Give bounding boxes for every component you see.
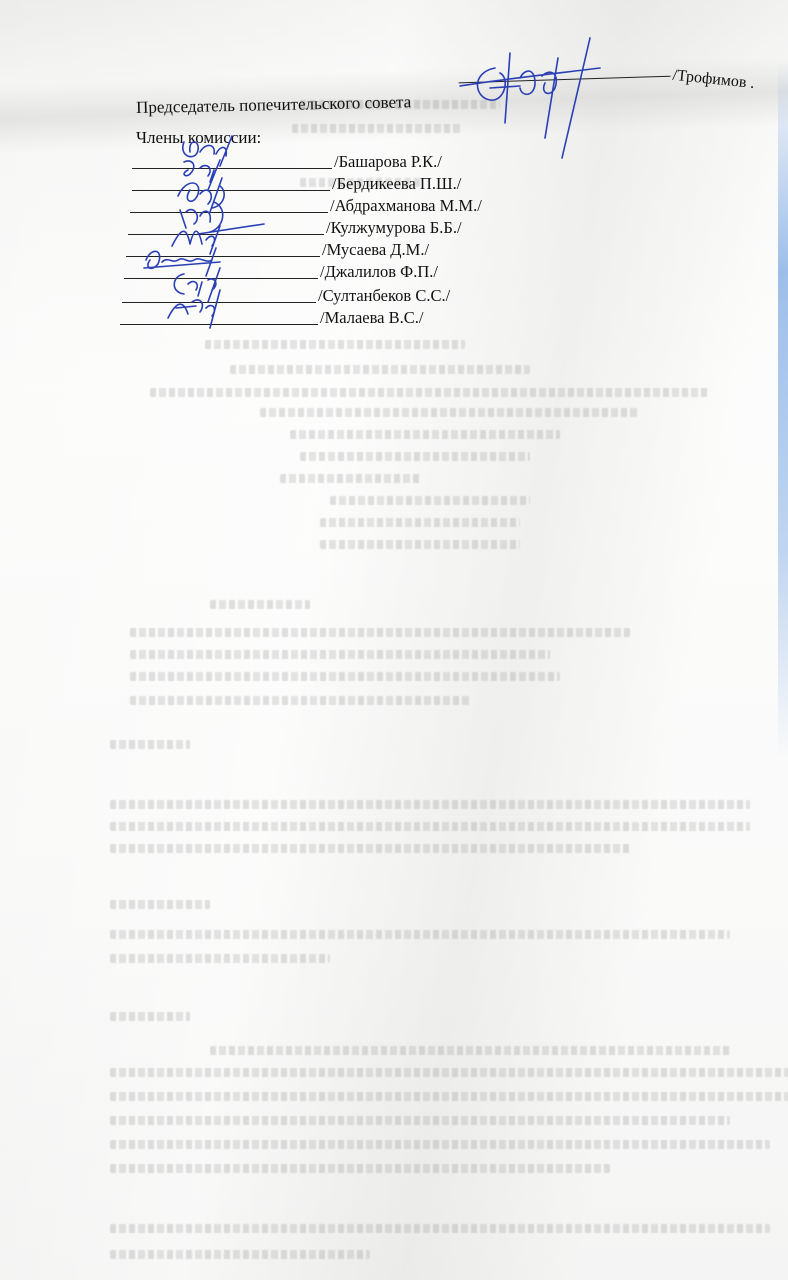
bleed-through-line [320, 518, 520, 527]
member-row: /Мусаева Д.М./ [126, 238, 520, 260]
member-row: /Джалилов Ф.П./ [124, 260, 518, 282]
bleed-through-line [205, 340, 465, 349]
bleed-through-line [110, 1012, 190, 1021]
bleed-through-line [110, 844, 630, 853]
page-edge-reflection [778, 60, 788, 760]
member-row: /Малаева В.С./ [120, 306, 518, 328]
bleed-through-line [110, 740, 190, 749]
member-row: /Абдрахманова М.М./ [130, 194, 528, 216]
member-name: /Джалилов Ф.П./ [320, 262, 438, 282]
member-name: /Бердикеева П.Ш./ [332, 174, 461, 194]
member-name: /Малаева В.С./ [320, 308, 423, 328]
member-signature-line [132, 190, 330, 191]
bleed-through-line [110, 822, 750, 831]
bleed-through-line [280, 474, 420, 483]
member-name: /Султанбеков С.С./ [318, 286, 450, 306]
bleed-through-line [110, 1092, 788, 1101]
bleed-through-line [320, 540, 520, 549]
bleed-through-line [330, 496, 530, 505]
member-name: /Мусаева Д.М./ [322, 240, 429, 260]
bleed-through-line [110, 930, 730, 939]
member-signature-line [126, 256, 320, 257]
member-signature-line [120, 324, 318, 325]
member-signature-line [130, 212, 328, 213]
bleed-through-line [260, 408, 640, 417]
member-signature-line [132, 168, 332, 169]
bleed-through-line [110, 1116, 730, 1125]
member-signature-line [128, 234, 324, 235]
member-name: /Кулжумурова Б.Б./ [326, 218, 462, 238]
member-name: /Башарова Р.К./ [334, 152, 442, 172]
member-row: /Султанбеков С.С./ [122, 284, 516, 306]
bleed-through-line [130, 650, 550, 659]
member-name: /Абдрахманова М.М./ [330, 196, 482, 216]
paper-page: Председатель попечительского совета /Тро… [0, 0, 788, 1280]
bleed-through-line [130, 672, 560, 681]
bleed-through-line [150, 388, 710, 397]
bleed-through-line [290, 430, 560, 439]
member-signature-line [122, 302, 316, 303]
bleed-through-line [110, 1140, 770, 1149]
bleed-through-line [230, 365, 530, 374]
bleed-through-line [110, 1250, 370, 1259]
bleed-through-line [110, 800, 750, 809]
member-signature-line [124, 278, 318, 279]
bleed-through-line [300, 452, 530, 461]
member-row: /Кулжумурова Б.Б./ [128, 216, 524, 238]
bleed-through-line [130, 628, 630, 637]
bleed-through-line [110, 954, 330, 963]
bleed-through-line [110, 1164, 610, 1173]
member-row: /Бердикеева П.Ш./ [132, 172, 530, 194]
bleed-through-line [210, 1046, 730, 1055]
member-row: /Башарова Р.К./ [132, 150, 532, 172]
bleed-through-line [110, 1224, 770, 1233]
bleed-through-line [110, 1068, 788, 1077]
bleed-through-line [210, 600, 310, 609]
bleed-through-line [110, 900, 210, 909]
bleed-through-line [130, 696, 470, 705]
members-title: Члены комиссии: [136, 128, 261, 148]
